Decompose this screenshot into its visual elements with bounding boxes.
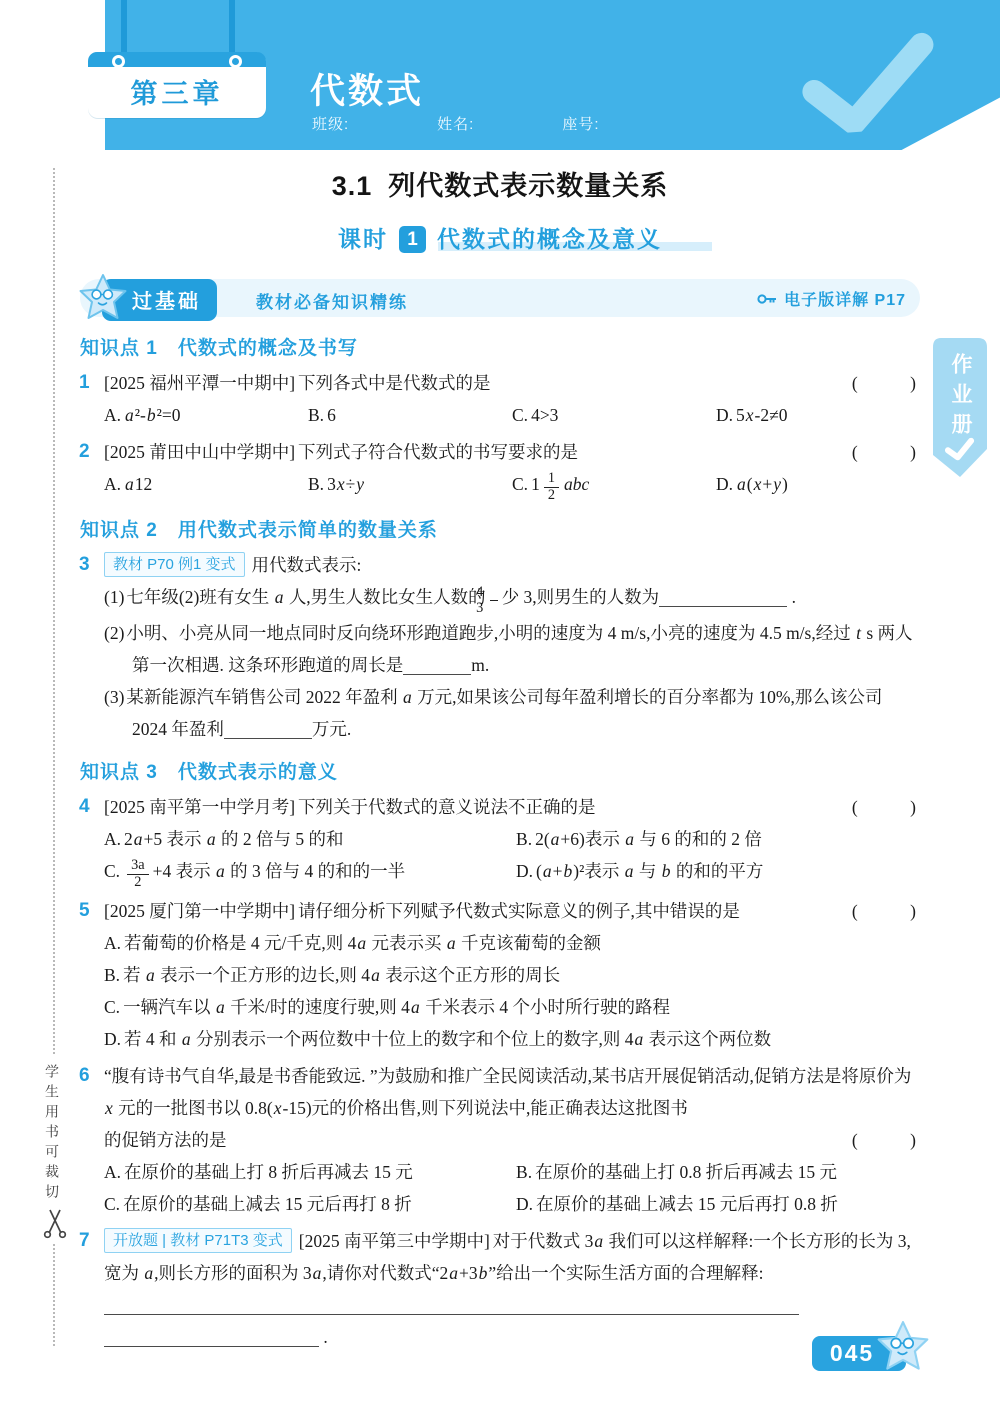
question-body: [2025 南平第一中学月考]下列关于代数式的意义说法不正确的是( )A.2a+… <box>104 791 920 890</box>
math-variable: x <box>336 474 346 494</box>
question-body: 教材 P70 例1 变式用代数式表示:(1)七年级(2)班有女生 a 人,男生人… <box>104 549 920 744</box>
text-run: 2 <box>124 829 133 849</box>
answer-blank[interactable] <box>104 1328 319 1347</box>
text-run: 对于代数式 3 <box>493 1231 594 1251</box>
question-body: [2025 莆田中山中学期中]下列式子符合代数式的书写要求的是( )A.a12B… <box>104 436 920 503</box>
text-run: 在原价的基础上打 8 折后再减去 15 元 <box>124 1162 413 1182</box>
question-source: [2025 南平第三中学期中] <box>299 1231 490 1251</box>
text-run: 千米表示 4 个小时所行驶的路程 <box>421 997 670 1017</box>
fraction-denominator: 2 <box>544 488 559 503</box>
math-variable: b <box>146 405 157 425</box>
math-variable: x <box>273 1098 283 1118</box>
option-label: D. <box>516 861 533 881</box>
text-run: +4 表示 <box>153 861 215 881</box>
lesson-prefix: 课时 <box>338 226 388 252</box>
text-run: 表示这个两位数 <box>644 1029 771 1049</box>
text-run: 用代数式表示: <box>252 555 362 575</box>
text-run: 表示一个正方形的边长,则 4 <box>156 965 370 985</box>
question-body: 开放题 | 教材 P71T3 变式[2025 南平第三中学期中]对于代数式 3a… <box>104 1225 920 1353</box>
fraction-numerator: 4 <box>490 585 498 601</box>
text-run: + <box>762 474 772 494</box>
text-run: 元表示买 <box>367 933 446 953</box>
fraction: 12 <box>544 471 559 503</box>
option-label: B. <box>308 474 324 494</box>
question-part: (1)七年级(2)班有女生 a 人,男生人数比女生人数的43少 3,则男生的人数… <box>104 581 920 616</box>
math-variable: t <box>855 623 862 643</box>
question-source: [2025 厦门第一中学期中] <box>104 901 295 921</box>
option-label: C. <box>512 405 528 425</box>
question-stem: 教材 P70 例1 变式用代数式表示: <box>104 549 920 581</box>
question-number: 1 <box>79 367 90 399</box>
text-run: 的 3 倍与 4 的和的一半 <box>226 861 405 881</box>
question-number: 4 <box>79 791 90 823</box>
workbook-page: 代数式 班级: 姓名: 座号: 第三章 学生用书可裁切 作业册 <box>0 0 1000 1403</box>
option-B[interactable]: B.在原价的基础上打 0.8 折后再减去 15 元 <box>516 1156 920 1188</box>
text-run: . <box>787 587 796 607</box>
section-title: 3.1列代数式表示数量关系 <box>80 164 920 203</box>
option-A[interactable]: A.a²-b²=0 <box>104 399 308 431</box>
text-run: +3 <box>459 1263 478 1283</box>
option-C[interactable]: C.112abc <box>512 468 716 503</box>
knowledge-point-title: 用代数式表示简单的数量关系 <box>178 520 438 541</box>
question-4: 4[2025 南平第一中学月考]下列关于代数式的意义说法不正确的是( )A.2a… <box>80 791 920 890</box>
knowledge-point-label: 知识点 3 <box>80 762 158 783</box>
section-title-text: 列代数式表示数量关系 <box>388 171 668 201</box>
math-variable: y <box>772 474 782 494</box>
text-run: +6)表示 <box>560 829 624 849</box>
math-variable: abc <box>563 474 590 494</box>
math-variable: a <box>124 474 135 494</box>
fraction: 3a2 <box>127 858 149 890</box>
option-label: B. <box>308 405 324 425</box>
text-run: ) <box>782 474 788 494</box>
stem-tail-line: 的促销方法的是( ) <box>104 1124 920 1156</box>
text-run: 小明、小亮从同一地点同时反向绕环形跑道跑步,小明的速度为 4 m/s,小亮的速度… <box>126 623 855 643</box>
question-7: 7开放题 | 教材 P71T3 变式[2025 南平第三中学期中]对于代数式 3… <box>80 1225 920 1353</box>
question-5: 5[2025 厦门第一中学期中]请仔细分析下列赋予代数式实际意义的例子,其中错误… <box>80 895 920 1055</box>
text-run: ²- <box>135 405 146 425</box>
math-variable: a <box>274 587 285 607</box>
option-D[interactable]: D.若 4 和 a 分别表示一个两位数中十位上的数字和个位上的数字,则 4a 表… <box>104 1023 920 1055</box>
option-C[interactable]: C.4>3 <box>512 399 716 431</box>
option-label: B. <box>516 829 532 849</box>
option-B[interactable]: B.2(a+6)表示 a 与 6 的和的 2 倍 <box>516 823 920 855</box>
option-B[interactable]: B.3x÷y <box>308 468 512 503</box>
text-run: 某新能源汽车销售公司 2022 年盈利 <box>126 687 402 707</box>
question-stem-tail: 的促销方法的是 <box>104 1124 852 1156</box>
stem-line: [2025 南平第一中学月考]下列关于代数式的意义说法不正确的是( ) <box>104 791 920 823</box>
fraction-denominator: 2 <box>127 875 149 890</box>
text-run: ( <box>747 474 753 494</box>
fraction-numerator: 1 <box>544 471 559 487</box>
options: A.在原价的基础上打 8 折后再减去 15 元B.在原价的基础上打 0.8 折后… <box>104 1156 920 1220</box>
text-run: 下列各式中是代数式的是 <box>298 373 491 393</box>
text-run: 千米/时的速度行驶,则 4 <box>226 997 410 1017</box>
option-B[interactable]: B.6 <box>308 399 512 431</box>
question-body: “腹有诗书气自华,最是书香能致远. ”为鼓励和推广全民阅读活动,某书店开展促销活… <box>104 1060 920 1220</box>
section-number: 3.1 <box>332 171 373 201</box>
question-number: 3 <box>79 549 90 581</box>
page-number: 045 <box>830 1340 874 1367</box>
math-variable: a <box>550 829 561 849</box>
knowledge-point-label: 知识点 2 <box>80 520 158 541</box>
option-label: D. <box>716 474 733 494</box>
option-label: A. <box>104 829 121 849</box>
options: A.2a+5 表示 a 的 2 倍与 5 的和B.2(a+6)表示 a 与 6 … <box>104 823 920 890</box>
ring-hole-icon <box>112 55 125 68</box>
text-run: 1 <box>531 474 540 494</box>
text-run: 人,男生人数比女生人数的 <box>284 587 485 607</box>
math-variable: x <box>104 1098 114 1118</box>
fraction: 43 <box>490 585 498 617</box>
side-tab-label: 作业册 <box>945 353 975 443</box>
option-label: C. <box>104 1194 120 1214</box>
part-label: (2) <box>104 623 124 643</box>
question-source: [2025 福州平潭一中期中] <box>104 373 295 393</box>
option-label: A. <box>104 1162 121 1182</box>
chapter-tag: 第三章 <box>88 52 266 118</box>
math-variable: a <box>124 405 135 425</box>
math-variable: a <box>446 933 457 953</box>
scissors-icon <box>41 1202 69 1242</box>
option-label: D. <box>516 1194 533 1214</box>
text-run: ,则长方形的面积为 3 <box>154 1263 312 1283</box>
variant-tag: 开放题 | 教材 P71T3 变式 <box>104 1228 292 1253</box>
question-source: [2025 南平第一中学月考] <box>104 797 295 817</box>
option-C[interactable]: C.在原价的基础上减去 15 元后再打 8 折 <box>104 1188 516 1220</box>
text-run: 在原价的基础上打 0.8 折后再减去 15 元 <box>535 1162 837 1182</box>
text-run: 2( <box>535 829 550 849</box>
math-variable: a <box>402 687 413 707</box>
options: A.若葡萄的价格是 4 元/千克,则 4a 元表示买 a 千克该葡萄的金额B.若… <box>104 927 920 1055</box>
question-part: (3)某新能源汽车销售公司 2022 年盈利 a 万元,如果该公司每年盈利增长的… <box>104 681 920 745</box>
option-C[interactable]: C.一辆汽车以 a 千米/时的速度行驶,则 4a 千米表示 4 个小时所行驶的路… <box>104 991 920 1023</box>
question-sections: 知识点 1代数式的概念及书写1[2025 福州平潭一中期中]下列各式中是代数式的… <box>80 333 920 1353</box>
text-run: ÷ <box>346 474 356 494</box>
math-variable: a <box>634 1029 645 1049</box>
text-run: 七年级(2)班有女生 <box>126 587 273 607</box>
option-label: C. <box>512 474 528 494</box>
question-stem: [2025 莆田中山中学期中]下列式子符合代数式的书写要求的是 <box>104 436 852 468</box>
text-run: -15)元的价格出售,则下列说法中,能正确表达这批图书 <box>283 1098 688 1118</box>
checkmark-icon <box>943 437 977 462</box>
text-run: )²表示 <box>573 861 623 881</box>
option-D[interactable]: D.(a+b)²表示 a 与 b 的和的平方 <box>516 855 920 890</box>
question-number: 2 <box>79 436 90 468</box>
text-run: 的 2 倍与 5 的和 <box>217 829 344 849</box>
text-run: 千克该葡萄的金额 <box>457 933 601 953</box>
chapter-tag-label: 第三章 <box>88 72 266 111</box>
ebook-answer-link[interactable]: 电子版详解 P17 <box>757 287 906 310</box>
part-label: (3) <box>104 687 124 707</box>
variant-tag: 教材 P70 例1 变式 <box>104 552 245 577</box>
text-run: 下列关于代数式的意义说法不正确的是 <box>298 797 596 817</box>
seat-label: 座号: <box>562 113 599 134</box>
stem-line: [2025 莆田中山中学期中]下列式子符合代数式的书写要求的是( ) <box>104 436 920 468</box>
option-D[interactable]: D.在原价的基础上减去 15 元后再打 0.8 折 <box>516 1188 920 1220</box>
key-icon <box>757 292 777 306</box>
math-variable: y <box>355 474 365 494</box>
knowledge-point-label: 知识点 1 <box>80 338 158 359</box>
tag-string <box>229 0 235 58</box>
option-label: D. <box>104 1029 121 1049</box>
question-stem: [2025 福州平潭一中期中]下列各式中是代数式的是 <box>104 367 852 399</box>
side-tab-workbook[interactable]: 作业册 <box>931 337 989 479</box>
answer-paren[interactable]: ( ) <box>852 791 920 823</box>
text-run: ,请你对代数式“2 <box>322 1263 448 1283</box>
question-part: (2)小明、小亮从同一地点同时反向绕环形跑道跑步,小明的速度为 4 m/s,小亮… <box>104 617 920 681</box>
answer-blank[interactable] <box>224 719 312 738</box>
answer-blank[interactable] <box>403 655 471 674</box>
question-stem: [2025 南平第一中学月考]下列关于代数式的意义说法不正确的是 <box>104 791 852 823</box>
answer-blank[interactable] <box>659 588 787 607</box>
option-label: A. <box>104 933 121 953</box>
math-variable: a <box>181 1029 192 1049</box>
text-run: . <box>319 1327 328 1347</box>
knowledge-point-title: 代数式表示的意义 <box>178 762 338 783</box>
knowledge-point-heading: 知识点 3代数式表示的意义 <box>80 757 920 784</box>
option-label: C. <box>104 997 120 1017</box>
option-label: D. <box>716 405 733 425</box>
text-run: 的促销方法的是 <box>104 1130 227 1150</box>
option-C[interactable]: C.3a2+4 表示 a 的 3 倍与 4 的和的一半 <box>104 855 516 890</box>
star-mascot-icon <box>876 1319 930 1375</box>
math-variable: b <box>563 861 574 881</box>
math-variable: b <box>478 1263 489 1283</box>
text-run: 元的一批图书以 0.8( <box>114 1098 273 1118</box>
text-run: 在原价的基础上减去 15 元后再打 8 折 <box>123 1194 412 1214</box>
math-variable: a <box>624 829 635 849</box>
question-body: [2025 厦门第一中学期中]请仔细分析下列赋予代数式实际意义的例子,其中错误的… <box>104 895 920 1055</box>
text-run: 一辆汽车以 <box>123 997 215 1017</box>
answer-paren[interactable]: ( ) <box>852 436 920 468</box>
text-run: 分别表示一个两位数中十位上的数字和个位上的数字,则 4 <box>192 1029 634 1049</box>
math-variable: a <box>215 861 226 881</box>
question-stem: 开放题 | 教材 P71T3 变式[2025 南平第三中学期中]对于代数式 3a… <box>104 1225 920 1353</box>
text-run: 下列式子符合代数式的书写要求的是 <box>298 442 578 462</box>
question-number: 7 <box>79 1225 90 1257</box>
option-A[interactable]: A.2a+5 表示 a 的 2 倍与 5 的和 <box>104 823 516 855</box>
cut-note: 学生用书可裁切 <box>38 1056 62 1212</box>
text-run: 若葡萄的价格是 4 元/千克,则 4 <box>124 933 356 953</box>
checkmark-icon <box>797 31 941 135</box>
math-variable: x <box>745 405 755 425</box>
option-B[interactable]: B.若 a 表示一个正方形的边长,则 4a 表示这个正方形的周长 <box>104 959 920 991</box>
option-label: B. <box>104 965 120 985</box>
text-run: 在原价的基础上减去 15 元后再打 0.8 折 <box>536 1194 838 1214</box>
chapter-title: 代数式 <box>310 64 424 114</box>
text-run: 与 6 的和的 2 倍 <box>635 829 762 849</box>
math-variable: a <box>410 997 421 1017</box>
text-run: 万元. <box>312 719 351 739</box>
text-run: 的和的平方 <box>671 861 763 881</box>
option-A[interactable]: A.若葡萄的价格是 4 元/千克,则 4a 元表示买 a 千克该葡萄的金额 <box>104 927 920 959</box>
knowledge-point-heading: 知识点 1代数式的概念及书写 <box>80 333 920 360</box>
question-stem: “腹有诗书气自华,最是书香能致远. ”为鼓励和推广全民阅读活动,某书店开展促销活… <box>104 1060 920 1124</box>
text-run: 与 <box>634 861 660 881</box>
options: A.a12B.3x÷yC.112abcD.a(x+y) <box>104 468 920 503</box>
math-variable: a <box>133 829 144 849</box>
knowledge-point-title: 代数式的概念及书写 <box>178 338 358 359</box>
math-variable: a <box>356 933 367 953</box>
basics-bar: 过基础 教材必备知识精练 电子版详解 P17 <box>80 279 920 317</box>
part-label: (1) <box>104 587 124 607</box>
lesson-heading: 课时1代数式的概念及意义 <box>80 221 920 255</box>
text-run: 5 <box>736 405 745 425</box>
option-D[interactable]: D.a(x+y) <box>716 468 920 503</box>
option-A[interactable]: A.a12 <box>104 468 308 503</box>
option-label: B. <box>516 1162 532 1182</box>
class-label: 班级: <box>312 113 349 134</box>
option-label: A. <box>104 405 121 425</box>
option-label: A. <box>104 474 121 494</box>
text-run: + <box>553 861 563 881</box>
lesson-title: 代数式的概念及意义 <box>437 226 662 252</box>
text-run: 若 <box>123 965 145 985</box>
lesson-number-badge: 1 <box>399 226 426 253</box>
answer-paren[interactable]: ( ) <box>852 1124 920 1156</box>
answer-paren[interactable]: ( ) <box>852 367 920 399</box>
question-2: 2[2025 莆田中山中学期中]下列式子符合代数式的书写要求的是( )A.a12… <box>80 436 920 503</box>
star-mascot-icon <box>78 272 128 324</box>
text-run: 3 <box>327 474 336 494</box>
text-run: 少 3,则男生的人数为 <box>502 587 660 607</box>
text-run: m. <box>471 655 489 675</box>
knowledge-point-heading: 知识点 2用代数式表示简单的数量关系 <box>80 515 920 542</box>
text-run: 12 <box>135 474 153 494</box>
text-run: 表示这个正方形的周长 <box>381 965 560 985</box>
options: A.a²-b²=0B.6C.4>3D.5x-2≠0 <box>104 399 920 431</box>
text-run: 请仔细分析下列赋予代数式实际意义的例子,其中错误的是 <box>298 901 740 921</box>
question-number: 6 <box>79 1060 90 1092</box>
main-content: 3.1列代数式表示数量关系 课时1代数式的概念及意义 过基础 教材必备知识精练 <box>80 164 920 1358</box>
math-variable: x <box>753 474 763 494</box>
math-variable: a <box>145 965 156 985</box>
option-D[interactable]: D.5x-2≠0 <box>716 399 920 431</box>
option-A[interactable]: A.在原价的基础上打 8 折后再减去 15 元 <box>104 1156 516 1188</box>
question-3: 3教材 P70 例1 变式用代数式表示:(1)七年级(2)班有女生 a 人,男生… <box>80 549 920 744</box>
text-run: -2≠0 <box>755 405 788 425</box>
ebook-link-label: 电子版详解 P17 <box>784 287 906 310</box>
question-6: 6“腹有诗书气自华,最是书香能致远. ”为鼓励和推广全民阅读活动,某书店开展促销… <box>80 1060 920 1220</box>
math-variable: a <box>215 997 226 1017</box>
question-body: [2025 福州平潭一中期中]下列各式中是代数式的是( )A.a²-b²=0B.… <box>104 367 920 431</box>
question-stem: [2025 厦门第一中学期中]请仔细分析下列赋予代数式实际意义的例子,其中错误的… <box>104 895 852 927</box>
answer-blank[interactable] <box>104 1296 799 1315</box>
tag-string <box>121 0 127 58</box>
question-1: 1[2025 福州平潭一中期中]下列各式中是代数式的是( )A.a²-b²=0B… <box>80 367 920 431</box>
page-number-badge: 045 <box>812 1336 906 1371</box>
option-label: C. <box>104 861 120 881</box>
student-info-row: 班级: 姓名: 座号: <box>312 113 600 134</box>
name-label: 姓名: <box>437 113 474 134</box>
stem-line: [2025 厦门第一中学期中]请仔细分析下列赋予代数式实际意义的例子,其中错误的… <box>104 895 920 927</box>
math-variable: a <box>143 1263 154 1283</box>
math-variable: b <box>661 861 672 881</box>
tag-bar <box>88 52 266 67</box>
answer-paren[interactable]: ( ) <box>852 895 920 927</box>
text-run: 若 4 和 <box>124 1029 181 1049</box>
math-variable: a <box>542 861 553 881</box>
text-run: ”给出一个实际生活方面的合理解释: <box>488 1263 763 1283</box>
math-variable: a <box>448 1263 459 1283</box>
text-run: ²=0 <box>157 405 181 425</box>
fraction-denominator: 3 <box>490 601 498 616</box>
math-variable: a <box>312 1263 323 1283</box>
text-run: +5 表示 <box>144 829 206 849</box>
math-variable: a <box>370 965 381 985</box>
text-run: “腹有诗书气自华,最是书香能致远. ”为鼓励和推广全民阅读活动,某书店开展促销活… <box>104 1066 911 1086</box>
basics-subtitle: 教材必备知识精练 <box>256 288 408 313</box>
math-variable: a <box>593 1231 604 1251</box>
ring-hole-icon <box>229 55 242 68</box>
text-run: ( <box>536 861 542 881</box>
math-variable: a <box>624 861 635 881</box>
question-source: [2025 莆田中山中学期中] <box>104 442 295 462</box>
question-number: 5 <box>79 895 90 927</box>
text-run: 4>3 <box>531 405 558 425</box>
stem-line: [2025 福州平潭一中期中]下列各式中是代数式的是( ) <box>104 367 920 399</box>
text-run: 6 <box>327 405 336 425</box>
math-variable: a <box>206 829 217 849</box>
fraction-numerator: 3a <box>127 858 149 874</box>
math-variable: a <box>736 474 747 494</box>
